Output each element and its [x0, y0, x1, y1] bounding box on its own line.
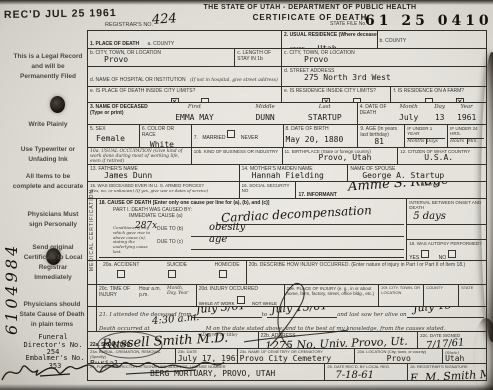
usual-occupation-label: 10a. USUAL OCCUPATION (Give kind of work… [90, 149, 189, 164]
accident-label: 20a. ACCIDENT [103, 262, 139, 268]
place-of-injury-label: 20e. PLACE OF INJURY (e. g., in or about… [287, 286, 377, 297]
field-physician-signature: 22a. SIGNATURE (Degree or title) Russell… [88, 332, 259, 348]
accident-checkbox [117, 270, 125, 278]
field-burial-state: (State) Utah [443, 349, 486, 363]
death-occurred-text: Death occurred at [99, 326, 150, 331]
under-1-year-label: IF UNDER 1 YEAR [407, 126, 445, 137]
medical-certification-strip [88, 307, 97, 331]
field-sex: 5. SEX Female [88, 125, 140, 147]
injury-state-label: STATE [461, 286, 484, 291]
autopsy-yes-checkbox [421, 250, 429, 258]
date-of-birth-label: 8. DATE OF BIRTH [286, 126, 356, 132]
field-date-signed: 22c. DATE SIGNED 7/17/61 [418, 332, 486, 348]
place-city-value: Provo [104, 56, 232, 65]
margin-serial-number: 6104984 [2, 185, 21, 335]
mother-maiden-name-value: Hannah Fielding [252, 172, 346, 181]
death-occurred-suffix: M on the date stated above; and to the b… [206, 326, 446, 331]
while-at-work-checkbox [237, 296, 245, 304]
residence-city-value: Provo [304, 56, 484, 65]
field-place-inside-city-limits: e. IS PLACE OF DEATH INSIDE CITY LIMITS?… [88, 87, 282, 102]
row-physician-signature: 22a. SIGNATURE (Degree or title) Russell… [88, 332, 486, 349]
sex-label: 5. SEX [90, 126, 137, 132]
row-place-residence-2: b. CITY, TOWN, OR LOCATION Provo c. LENG… [88, 49, 486, 67]
death-certificate-scan: REC'D JUL 25 1961 This is a Legal Record… [0, 0, 493, 390]
last-name-value: STARTUP [295, 114, 355, 123]
row-attended-statement: 21. I attended the deceased from July 3/… [88, 307, 486, 332]
row-accident-describe: 20a. ACCIDENT SUICIDE HOMICIDE 20b. DESC… [88, 261, 486, 285]
field-accident-suicide-homicide: 20a. ACCIDENT SUICIDE HOMICIDE [97, 261, 247, 284]
margin-complete-note: All Items to be complete and accurate [12, 172, 84, 192]
row-sex-race-marital-birth-age: 5. SEX Female 6. COLOR OR RACE White 7. … [88, 125, 486, 148]
field-injury-county: COUNTY [424, 285, 459, 306]
sex-value: Female [96, 135, 137, 144]
burial-date-value: July 17, 1961 [178, 355, 235, 363]
margin-plain-terms-note: Physicians should State Cause of Death i… [18, 300, 86, 330]
death-day-value: 13 [428, 114, 452, 123]
spouse-value: George A. Startup [362, 172, 484, 181]
date-received-value: 7-18-61 [335, 370, 405, 380]
time-of-injury-label: 20c. TIME OF INJURY [99, 286, 139, 305]
field-injury-occurred: 20d. INJURY OCCURRED WHILE AT WORK NOT W… [197, 285, 285, 306]
field-citizen-of-country: 12. CITIZEN OF WHAT COUNTRY U.S.A. [398, 148, 486, 164]
field-residence-state: 2. USUAL RESIDENCE (Where deceased lived… [282, 31, 378, 48]
scan-bottom-edge [0, 384, 493, 390]
residence-inside-city-yes-checkbox [322, 98, 330, 102]
autopsy-label: 19. WAS AUTOPSY PERFORMED? [409, 241, 484, 246]
row-burial: 23a. BURIAL, CREMATION, REMOVAL (Specify… [88, 349, 486, 364]
residence-state-value: Utah [317, 44, 336, 48]
field-injury-state: STATE [459, 285, 486, 306]
autopsy-no-checkbox [448, 250, 456, 258]
ssn-label: 16. SOCIAL SECURITY NO [242, 183, 294, 194]
age-value: 81 [374, 138, 402, 147]
due-to-b-value: obesity [209, 222, 245, 233]
days-header: Days [427, 139, 445, 144]
length-of-stay-label: c. LENGTH OF STAY IN 1b [237, 50, 279, 62]
place-inside-city-no-checkbox [201, 98, 209, 102]
row-forces-ssn-informant: 15. WAS DECEASED EVER IN U. S. ARMED FOR… [88, 182, 486, 199]
married-checkbox [227, 130, 235, 138]
middle-name-header: Middle [235, 104, 295, 110]
field-physician-address: 22b. ADDRESS 1275 No. Univ. Provo, Ut. [259, 332, 419, 348]
first-name-value: EMMA MAY [154, 114, 236, 123]
field-attended-statement: 21. I attended the deceased from July 3/… [97, 307, 486, 331]
field-length-of-stay: c. LENGTH OF STAY IN 1b [235, 49, 282, 66]
header-state-line: THE STATE OF UTAH - DEPARTMENT OF PUBLIC… [170, 4, 450, 11]
field-date-of-birth: 8. DATE OF BIRTH May 20, 1880 [284, 125, 359, 147]
margin-send-original-note: Send original Certificate to Local Regis… [22, 243, 84, 283]
last-saw-alive-date: July 13 [412, 307, 452, 315]
field-injury-city: 20f. CITY, TOWN, OR LOCATION [379, 285, 424, 306]
field-residence-county: b. COUNTY Utah [378, 31, 486, 48]
field-birthplace: 11. BIRTHPLACE (State or foreign country… [283, 148, 399, 164]
marital-number-label: 7. [194, 135, 198, 141]
months-header: Months [407, 139, 426, 144]
row-name-date-of-death: 3. NAME OF DECEASED (Type or print) Firs… [88, 103, 486, 125]
field-color-or-race: 6. COLOR OR RACE White [140, 125, 192, 147]
field-street-address: d. STREET ADDRESS 275 North 3rd West [282, 67, 486, 86]
last-saw-alive-text: and last saw her alive on [337, 312, 406, 318]
last-name-header: Last [295, 104, 355, 110]
field-name-of-deceased: 3. NAME OF DECEASED (Type or print) Firs… [88, 103, 358, 124]
state-file-number-label: STATE FILE No. [330, 21, 367, 27]
death-year-value: 1961 [452, 114, 482, 123]
name-of-deceased-label: 3. NAME OF DECEASED (Type or print) [90, 104, 154, 116]
month-day-year-label: Month, Day, Year [167, 286, 194, 305]
date-of-birth-value: May 20, 1880 [286, 136, 356, 145]
medical-certification-label: MEDICAL CERTIFICATION [89, 188, 95, 270]
burial-type-value: Burial [90, 360, 173, 363]
received-date-stamp: REC'D JUL 25 1961 [4, 7, 117, 21]
hole-punch-top [50, 96, 65, 113]
field-age-under-1-year: IF UNDER 1 YEAR Months Days [405, 125, 448, 147]
row-occupation-birthplace-citizen: 10a. USUAL OCCUPATION (Give kind of work… [88, 148, 486, 165]
field-kind-of-business: 10b. KIND OF BUSINESS OR INDUSTRY [192, 148, 283, 164]
due-to-b-label: DUE TO (b) [157, 226, 191, 237]
field-residence-on-farm: f. IS RESIDENCE ON A FARM? YES NO [391, 87, 486, 102]
field-interval-and-autopsy: INTERVAL BETWEEN ONSET AND DEATH 5 days … [407, 199, 486, 260]
field-describe-injury: 20b. DESCRIBE HOW INJURY OCCURRED. (Ente… [247, 261, 486, 284]
field-burial-date: 23b. DATE July 17, 1961 [176, 349, 238, 363]
birthplace-value: Provo, Utah [319, 154, 396, 163]
hour-ampm-label: Hour a.m. p.m. [139, 286, 167, 305]
father-name-value: James Dunn [104, 172, 237, 181]
field-age-under-24-hours: IF UNDER 24 HRS. Hours Min. [448, 125, 486, 147]
residence-on-farm-yes-checkbox [425, 98, 433, 102]
injury-county-label: COUNTY [426, 286, 456, 291]
field-age: 9. AGE (In years last birthday) 81 [358, 125, 405, 147]
injury-occurred-label: 20d. INJURY OCCURRED [199, 286, 282, 292]
residence-on-farm-no-checkbox [456, 98, 464, 102]
street-address-value: 275 North 3rd West [304, 74, 484, 83]
field-place-of-death-county: 1. PLACE OF DEATH a. COUNTY Utah [88, 31, 282, 48]
attended-to-date: July 13/61 [271, 307, 328, 316]
field-informant: 17. INFORMANT Address Amme S. Ridge Orem… [296, 182, 486, 198]
field-place-of-injury: 20e. PLACE OF INJURY (e. g., in or about… [285, 285, 380, 306]
registrar-number: 424 [152, 11, 178, 28]
hours-header: Hours [450, 139, 467, 144]
min-header: Min. [468, 139, 484, 144]
row-cause-of-death: MEDICAL CERTIFICATION 18. CAUSE OF DEATH… [88, 199, 486, 261]
field-marital-status: 7. MARRIED NEVER MARRIED WIDOWED DIVORCE… [192, 125, 284, 147]
row-place-residence-1: 1. PLACE OF DEATH a. COUNTY Utah 2. USUA… [88, 31, 486, 49]
informant-signature: Amme S. Ridge [348, 182, 450, 194]
married-label: MARRIED [202, 135, 225, 141]
field-burial-type: 23a. BURIAL, CREMATION, REMOVAL (Specify… [88, 349, 176, 363]
due-to-c-label: DUE TO (c) [157, 239, 191, 250]
day-header: Day [428, 104, 452, 110]
field-usual-occupation: 10a. USUAL OCCUPATION (Give kind of work… [88, 148, 192, 164]
month-header: Month [390, 104, 428, 110]
margin-physicians-sign-note: Physicians Must sign Personally [22, 210, 84, 230]
field-date-of-death: 4. DATE OF DEATH Month July Day 13 Year … [358, 103, 486, 124]
interval-label: INTERVAL BETWEEN ONSET AND DEATH [409, 200, 484, 211]
first-name-header: First [154, 104, 236, 110]
field-mother-maiden-name: 14. MOTHER'S MAIDEN NAME Hannah Fielding [240, 165, 349, 181]
under-24-hrs-label: IF UNDER 24 HRS. [450, 126, 484, 137]
race-value: White [150, 141, 189, 147]
burial-location-value: Provo [357, 355, 440, 363]
margin-legal-record-note: This is a Legal Record and will be Perma… [12, 52, 84, 82]
homicide-checkbox [219, 270, 227, 278]
field-funeral-director: 24. FUNERAL DIRECTOR — SIGNATURE, ADDRES… [88, 364, 325, 380]
citizen-value: U.S.A. [424, 154, 484, 163]
field-residence-city: c. CITY, TOWN, OR LOCATION Provo [282, 49, 486, 66]
field-hospital-name: d. NAME OF HOSPITAL OR INSTITUTION (If n… [88, 67, 282, 86]
usual-residence-title: 2. USUAL RESIDENCE (Where deceased lived… [284, 32, 375, 38]
field-cause-of-death: 18. CAUSE OF DEATH [Enter only one cause… [97, 199, 407, 260]
date-of-death-label: 4. DATE OF DEATH [360, 104, 390, 123]
field-residence-inside-city-limits: e. IS RESIDENCE INSIDE CITY LIMITS? YES … [282, 87, 391, 102]
medical-certification-strip [88, 261, 97, 284]
field-burial-location: 23d. LOCATION (City, town, or county) Pr… [355, 349, 443, 363]
row-parents-spouse: 13. FATHER'S NAME James Dunn 14. MOTHER'… [88, 165, 486, 182]
hospital-label: d. NAME OF HOSPITAL OR INSTITUTION [90, 77, 186, 83]
place-of-death-title: 1. PLACE OF DEATH [90, 41, 139, 47]
death-month-value: July [390, 114, 428, 123]
place-inside-city-yes-checkbox [171, 98, 179, 102]
medical-certification-strip: MEDICAL CERTIFICATION [88, 199, 97, 260]
residence-county-label: b. COUNTY [380, 38, 484, 44]
row-city-limits: e. IS PLACE OF DEATH INSIDE CITY LIMITS?… [88, 87, 486, 103]
field-place-city: b. CITY, TOWN, OR LOCATION Provo [88, 49, 235, 66]
burial-state-value: Utah [445, 355, 484, 363]
attended-from-date: July 3/61 [195, 307, 245, 316]
field-social-security-number: 16. SOCIAL SECURITY NO [240, 182, 297, 198]
part2-label: PART II. OTHER SIGNIFICANT CONDITIONS CO… [99, 257, 404, 260]
armed-forces-note: (Yes, no, or unknown) (If yes, give war … [90, 188, 237, 193]
year-header: Year [452, 104, 482, 110]
state-file-number: 61 25 0410 [365, 13, 493, 29]
margin-typewriter-note: Use Typewriter or Unfading Ink [10, 145, 86, 165]
describe-injury-label: 20b. DESCRIBE HOW INJURY OCCURRED. (Ente… [249, 262, 484, 268]
county-label: a. COUNTY [148, 41, 175, 47]
kind-of-business-label: 10b. KIND OF BUSINESS OR INDUSTRY [194, 149, 280, 154]
medical-certification-strip [88, 285, 97, 306]
registrar-number-label: REGISTRAR'S NO. [105, 22, 153, 29]
hospital-note: (If not in hospital, give street address… [190, 78, 278, 83]
field-time-of-injury: 20c. TIME OF INJURY Hour a.m. p.m. Month… [97, 285, 197, 306]
physician-signature-value: Russell Smith M.D. [102, 332, 229, 348]
residence-inside-city-no-checkbox [353, 98, 361, 102]
row-place-residence-3: d. NAME OF HOSPITAL OR INSTITUTION (If n… [88, 67, 486, 87]
suicide-label: SUICIDE [167, 262, 187, 268]
informant-label: 17. INFORMANT [298, 192, 336, 198]
row-injury-details: 20c. TIME OF INJURY Hour a.m. p.m. Month… [88, 285, 486, 307]
field-name-of-spouse: NAME OF SPOUSE George A. Startup [348, 165, 486, 181]
funeral-director-value: BERG MORTUARY, PROVO, UTAH [150, 370, 322, 379]
interval-value: 5 days [413, 211, 484, 222]
homicide-label: HOMICIDE [215, 262, 240, 268]
yes-label: YES [409, 255, 419, 260]
certificate-form: 1. PLACE OF DEATH a. COUNTY Utah 2. USUA… [87, 30, 487, 381]
residence-state-label: a. STATE [284, 47, 305, 48]
field-father-name: 13. FATHER'S NAME James Dunn [88, 165, 240, 181]
field-registrar-signature: 26. REGISTRAR'S SIGNATURE E. M. Smith M.… [408, 364, 486, 380]
field-date-received: 25. DATE REC'D. BY LOCAL REG. 7-18-61 [325, 364, 408, 380]
field-armed-forces: 15. WAS DECEASED EVER IN U. S. ARMED FOR… [88, 182, 240, 198]
while-at-work-label: WHILE AT WORK [199, 301, 235, 306]
middle-name-value: DUNN [235, 114, 295, 123]
suicide-checkbox [168, 270, 176, 278]
cemetery-value: Provo City Cemetery [240, 355, 353, 363]
race-label: 6. COLOR OR RACE [142, 126, 189, 138]
injury-city-label: 20f. CITY, TOWN, OR LOCATION [381, 286, 421, 296]
row-funeral-registrar: 24. FUNERAL DIRECTOR — SIGNATURE, ADDRES… [88, 364, 486, 380]
cause-code-annotation: 287x [135, 221, 157, 231]
no-label: NO [439, 255, 447, 260]
due-to-c-value: age [209, 234, 227, 245]
field-cemetery-name: 23c. NAME OF CEMETERY OR CREMATORY Provo… [238, 349, 356, 363]
margin-write-plainly-note: Write Plainly [12, 120, 84, 130]
embalmer-number: Embalmer's No. 353 [22, 355, 88, 370]
